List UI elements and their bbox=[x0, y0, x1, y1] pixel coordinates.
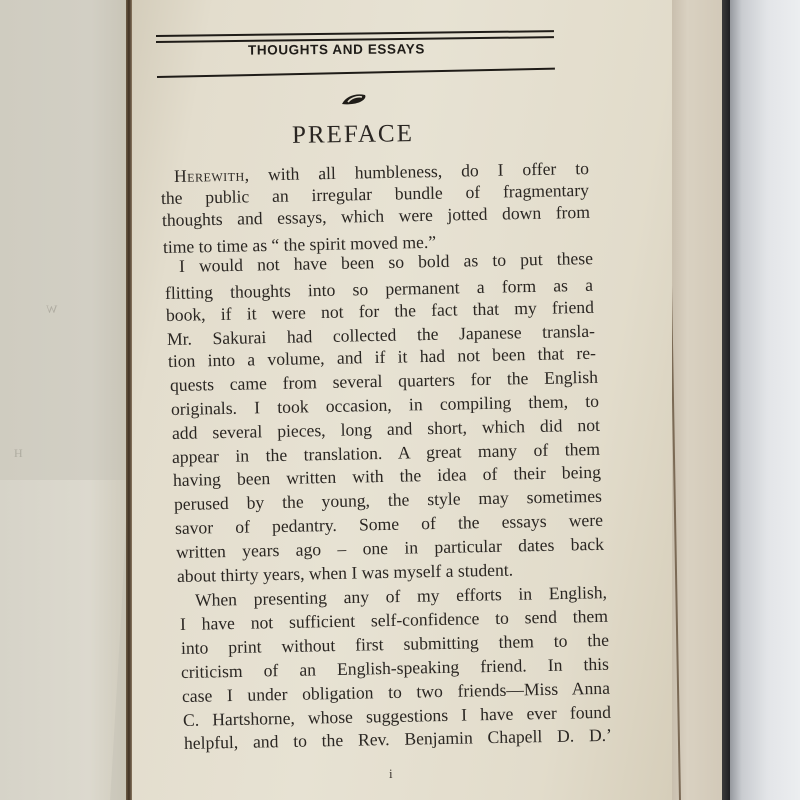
book-cover-edge bbox=[722, 0, 730, 800]
drop-word: Herewith bbox=[174, 165, 245, 186]
running-head: THOUGHTS AND ESSAYS bbox=[248, 41, 425, 57]
table-surface bbox=[728, 0, 800, 800]
left-page-ghost-text: W bbox=[46, 302, 57, 317]
page-title: PREFACE bbox=[292, 120, 414, 150]
left-page-ghost-text: H bbox=[14, 446, 23, 461]
page-edge-stack bbox=[672, 0, 724, 800]
book-photo: W H THOUGHTS AND ESSAYS PREFACE Herewith… bbox=[0, 0, 800, 800]
page-number: i bbox=[389, 766, 393, 782]
left-page-folded-leaf bbox=[0, 480, 128, 800]
leaf-ornament-icon bbox=[340, 92, 368, 106]
